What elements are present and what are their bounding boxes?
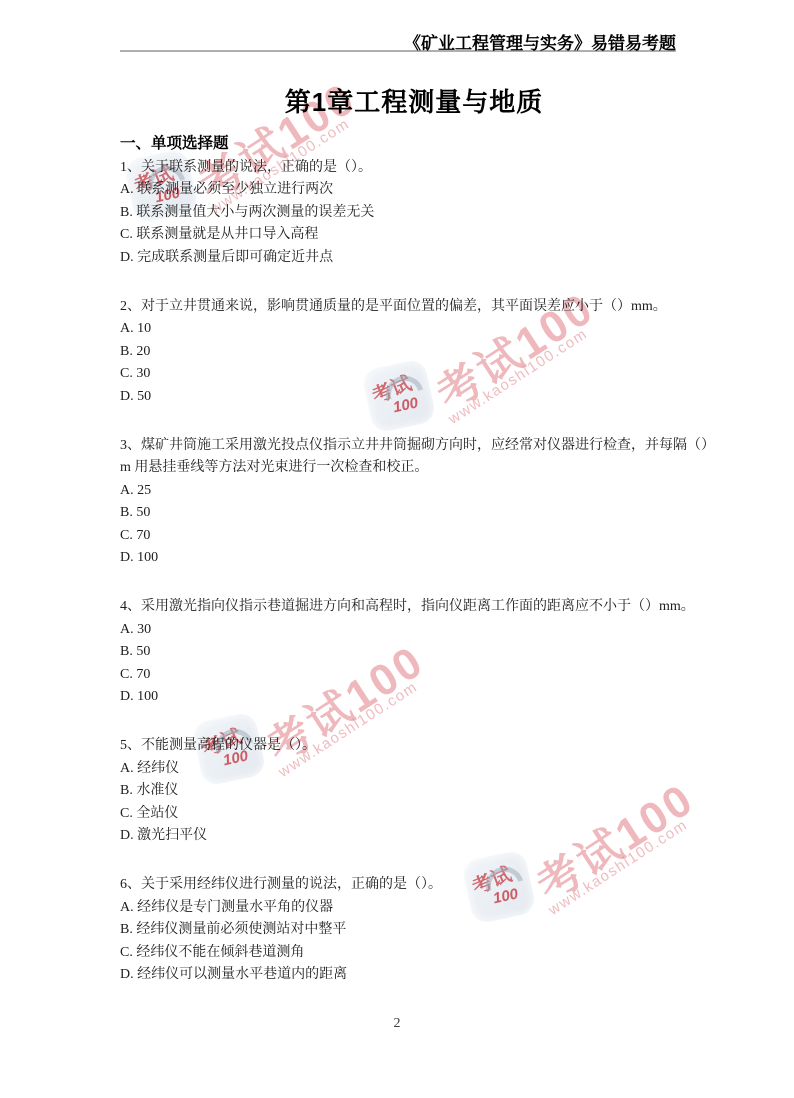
option-a: A. 经纬仪: [120, 758, 720, 781]
option-d: D. 100: [120, 547, 720, 570]
option-c: C. 70: [120, 525, 720, 548]
section-heading: 一、单项选择题: [120, 133, 720, 156]
question-stem: 2、对于立井贯通来说，影响贯通质量的是平面位置的偏差，其平面误差应小于（）mm。: [120, 296, 720, 319]
option-a: A. 10: [120, 318, 720, 341]
option-a: A. 30: [120, 619, 720, 642]
question-5: 5、不能测量高程的仪器是（）。 A. 经纬仪 B. 水准仪 C. 全站仪 D. …: [120, 735, 720, 848]
page-header: 《矿业工程管理与实务》易错易考题: [120, 29, 676, 54]
option-d: D. 激光扫平仪: [120, 825, 720, 848]
question-3: 3、煤矿井筒施工采用激光投点仪指示立井井筒掘砌方向时，应经常对仪器进行检查，并每…: [120, 435, 720, 570]
option-a: A. 25: [120, 480, 720, 503]
question-stem: 3、煤矿井筒施工采用激光投点仪指示立井井筒掘砌方向时，应经常对仪器进行检查，并每…: [120, 435, 720, 480]
option-d: D. 经纬仪可以测量水平巷道内的距离: [120, 964, 720, 987]
option-c: C. 经纬仪不能在倾斜巷道测角: [120, 942, 720, 965]
document-page: 考试100 www.kaoshi100.com 考试 100 考试100 www…: [0, 0, 794, 1098]
option-b: B. 经纬仪测量前必须使测站对中整平: [120, 919, 720, 942]
page-number: 2: [0, 1016, 794, 1032]
option-b: B. 联系测量值大小与两次测量的误差无关: [120, 202, 720, 225]
option-c: C. 70: [120, 664, 720, 687]
option-b: B. 50: [120, 641, 720, 664]
question-4: 4、采用激光指向仪指示巷道掘进方向和高程时，指向仪距离工作面的距离应不小于（）m…: [120, 596, 720, 709]
option-d: D. 完成联系测量后即可确定近井点: [120, 247, 720, 270]
chapter-title: 第1章工程测量与地质: [0, 82, 794, 119]
question-stem: 4、采用激光指向仪指示巷道掘进方向和高程时，指向仪距离工作面的距离应不小于（）m…: [120, 596, 720, 619]
option-b: B. 50: [120, 502, 720, 525]
question-1: 1、关于联系测量的说法，正确的是（）。 A. 联系测量必须至少独立进行两次 B.…: [120, 157, 720, 270]
question-2: 2、对于立井贯通来说，影响贯通质量的是平面位置的偏差，其平面误差应小于（）mm。…: [120, 296, 720, 409]
question-stem: 6、关于采用经纬仪进行测量的说法，正确的是（）。: [120, 874, 720, 897]
question-6: 6、关于采用经纬仪进行测量的说法，正确的是（）。 A. 经纬仪是专门测量水平角的…: [120, 874, 720, 987]
option-c: C. 30: [120, 363, 720, 386]
question-stem: 5、不能测量高程的仪器是（）。: [120, 735, 720, 758]
option-d: D. 100: [120, 686, 720, 709]
option-b: B. 水准仪: [120, 780, 720, 803]
question-list: 一、单项选择题 1、关于联系测量的说法，正确的是（）。 A. 联系测量必须至少独…: [120, 133, 720, 1013]
option-a: A. 联系测量必须至少独立进行两次: [120, 179, 720, 202]
option-b: B. 20: [120, 341, 720, 364]
option-c: C. 全站仪: [120, 803, 720, 826]
option-a: A. 经纬仪是专门测量水平角的仪器: [120, 897, 720, 920]
option-d: D. 50: [120, 386, 720, 409]
option-c: C. 联系测量就是从井口导入高程: [120, 224, 720, 247]
question-stem: 1、关于联系测量的说法，正确的是（）。: [120, 157, 720, 180]
